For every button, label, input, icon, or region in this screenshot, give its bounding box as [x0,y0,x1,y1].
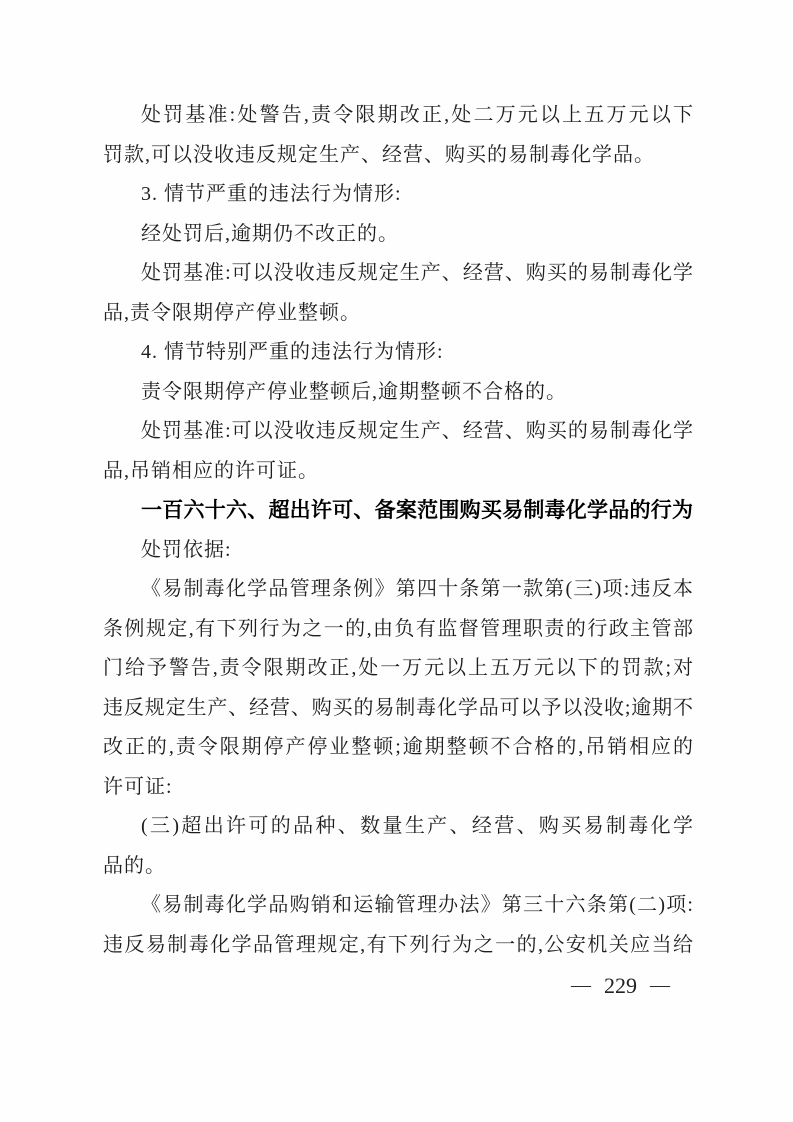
text-line: 经处罚后,逾期仍不改正的。 [103,215,693,255]
text-line: 处罚基准:处警告,责令限期改正,处二万元以上五万元以下 [103,96,693,136]
footer-right-dash: — [650,974,670,997]
text-line: 改正的,责令限期停产停业整顿;逾期整顿不合格的,吊销相应的 [103,728,693,768]
text-line: 3. 情节严重的违法行为情形: [103,175,693,215]
page-text-block: 处罚基准:处警告,责令限期改正,处二万元以上五万元以下罚款,可以没收违反规定生产… [103,96,693,965]
text-line: 品的。 [103,847,693,887]
footer-left-dash: — [571,974,591,997]
text-line: 处罚依据: [103,531,693,571]
text-line: (三)超出许可的品种、数量生产、经营、购买易制毒化学 [103,807,693,847]
text-line: 违反规定生产、经营、购买的易制毒化学品可以予以没收;逾期不 [103,689,693,729]
text-line: 责令限期停产停业整顿后,逾期整顿不合格的。 [103,373,693,413]
text-line: 门给予警告,责令限期改正,处一万元以上五万元以下的罚款;对 [103,649,693,689]
text-line: 4. 情节特别严重的违法行为情形: [103,333,693,373]
text-line: 违反易制毒化学品管理规定,有下列行为之一的,公安机关应当给 [103,926,693,966]
text-line: 处罚基准:可以没收违反规定生产、经营、购买的易制毒化学 [103,412,693,452]
text-line: 罚款,可以没收违反规定生产、经营、购买的易制毒化学品。 [103,136,693,176]
section-heading: 一百六十六、超出许可、备案范围购买易制毒化学品的行为 [103,491,693,531]
text-line: 品,吊销相应的许可证。 [103,452,693,492]
text-line: 许可证: [103,768,693,808]
page-number-footer: — 229 — [553,968,688,1004]
text-line: 《易制毒化学品购销和运输管理办法》第三十六条第(二)项: [103,886,693,926]
text-line: 《易制毒化学品管理条例》第四十条第一款第(三)项:违反本 [103,570,693,610]
text-line: 处罚基准:可以没收违反规定生产、经营、购买的易制毒化学 [103,254,693,294]
page-number: 229 [604,973,637,999]
document-page: 处罚基准:处警告,责令限期改正,处二万元以上五万元以下罚款,可以没收违反规定生产… [0,0,793,1122]
text-line: 条例规定,有下列行为之一的,由负有监督管理职责的行政主管部 [103,610,693,650]
text-line: 品,责令限期停产停业整顿。 [103,294,693,334]
